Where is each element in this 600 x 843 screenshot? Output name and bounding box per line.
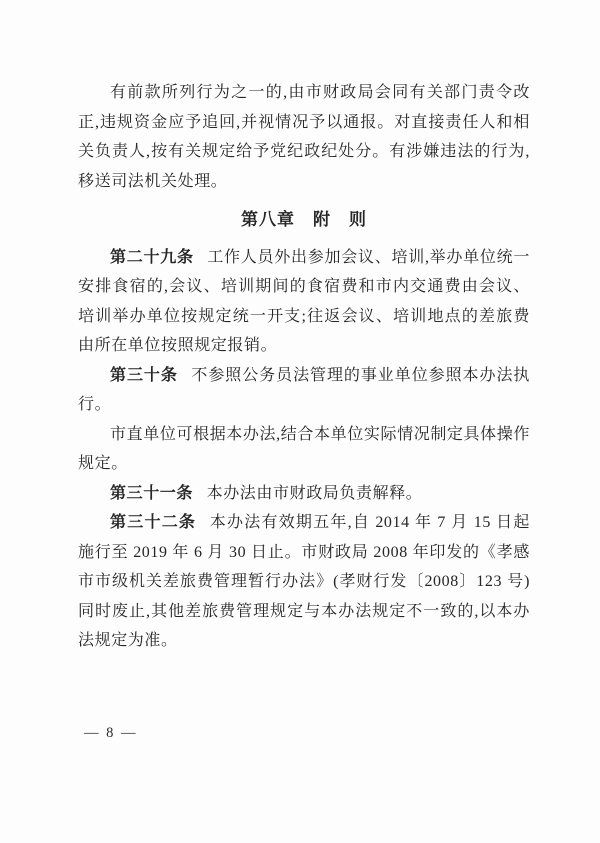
document-body: 有前款所列行为之一的,由市财政局会同有关部门责令改正,违规资金应予追回,并视情况… <box>78 78 530 656</box>
article-number-label: 第三十一条 <box>110 485 193 502</box>
paragraph-text: 有前款所列行为之一的,由市财政局会同有关部门责令改正,违规资金应予追回,并视情况… <box>78 84 530 190</box>
paragraph: 第三十二条本办法有效期五年,自 2014 年 7 月 15 日起施行至 2019… <box>78 508 530 656</box>
paragraph: 市直单位可根据本办法,结合本单位实际情况制定具体操作规定。 <box>78 420 530 479</box>
paragraph-text: 本办法由市财政局负责解释。 <box>207 485 423 502</box>
article-number-label: 第二十九条 <box>110 249 194 266</box>
page-number: — 8 — <box>84 725 138 742</box>
article-number-label: 第三十条 <box>110 367 178 384</box>
article-number-label: 第三十二条 <box>110 514 196 531</box>
paragraph: 第三十一条本办法由市财政局负责解释。 <box>78 479 530 509</box>
paragraph: 第二十九条工作人员外出参加会议、培训,举办单位统一安排食宿的,会议、培训期间的食… <box>78 243 530 361</box>
paragraph-text: 本办法有效期五年,自 2014 年 7 月 15 日起施行至 2019 年 6 … <box>78 514 530 649</box>
document-page: 有前款所列行为之一的,由市财政局会同有关部门责令改正,违规资金应予追回,并视情况… <box>0 0 600 843</box>
chapter-heading: 第八章 附 则 <box>78 205 530 235</box>
paragraph-text: 市直单位可根据本办法,结合本单位实际情况制定具体操作规定。 <box>78 426 530 473</box>
paragraph: 有前款所列行为之一的,由市财政局会同有关部门责令改正,违规资金应予追回,并视情况… <box>78 78 530 196</box>
paragraph: 第三十条不参照公务员法管理的事业单位参照本办法执行。 <box>78 361 530 420</box>
